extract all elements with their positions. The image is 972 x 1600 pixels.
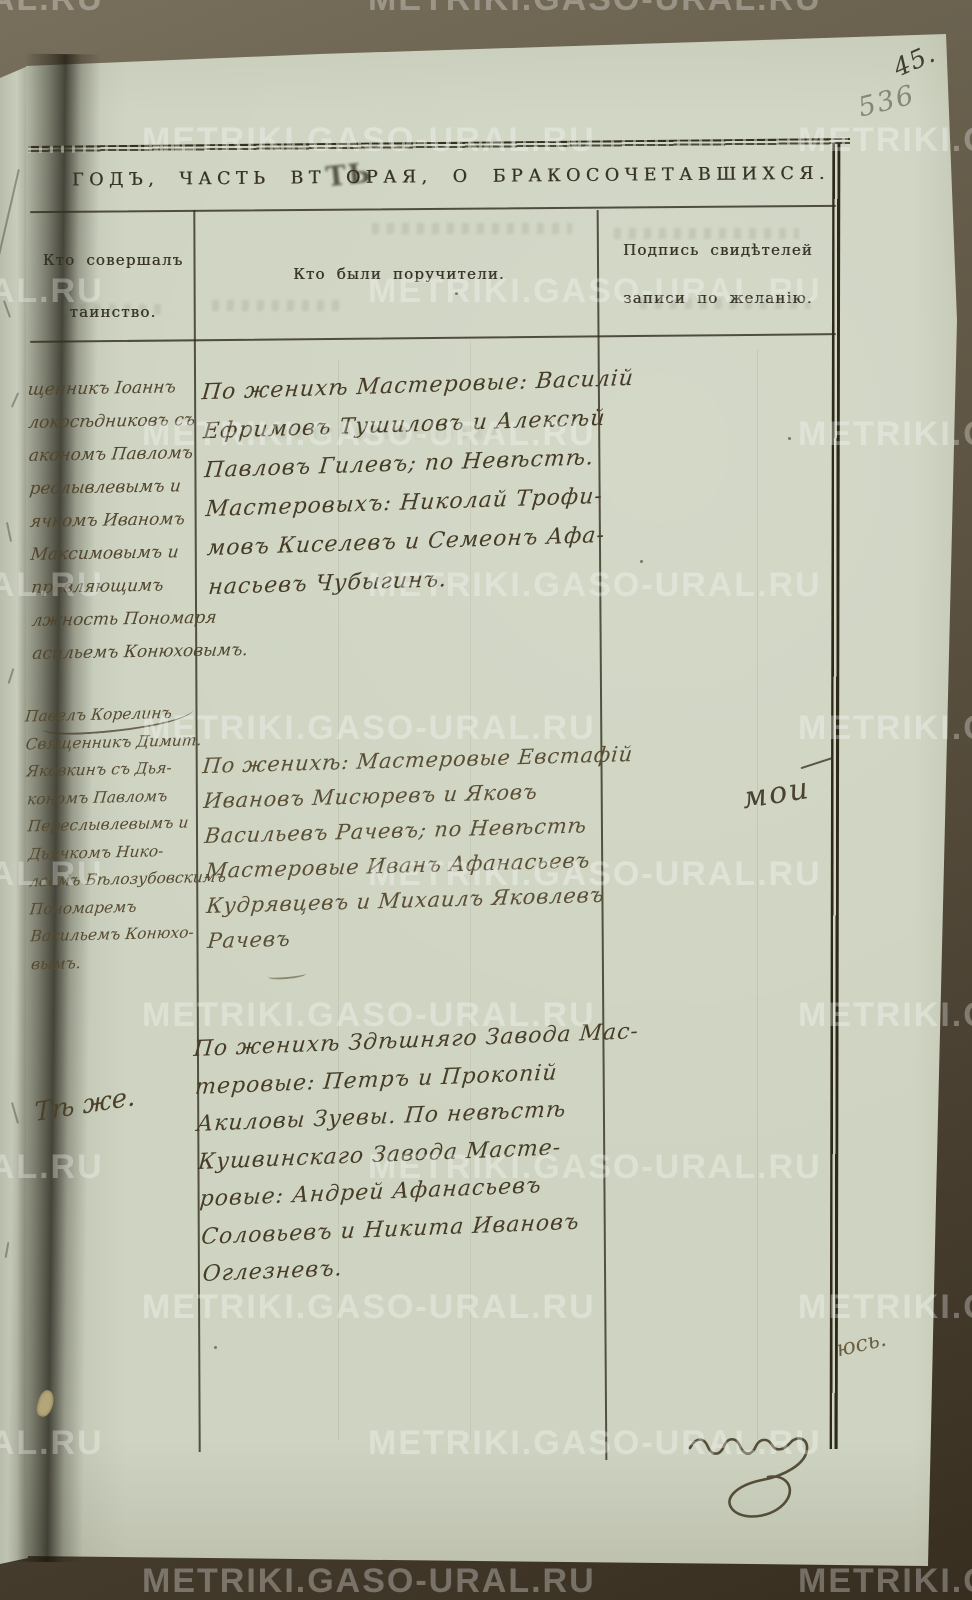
archive-watermark: METRIKI.GASO-URAL.RU [142, 709, 596, 748]
archive-watermark: METRIKI.GASO-URAL.RU [142, 121, 596, 160]
archive-watermark: METRIKI.GASO-URAL.RU [142, 1562, 596, 1600]
metrical-book-scan: ГОДЪ, ЧАСТЬ ВТ ОРАЯ, О БРАКОСОЧЕТАВШИХСЯ… [0, 0, 972, 1600]
archive-watermark: METRIKI.GASO-URAL.RU [368, 1424, 822, 1463]
archive-watermark: METRIKI.GASO-URAL.RU [368, 272, 822, 311]
archive-watermark: METRIKI.GASO-URAL.RU [368, 1148, 822, 1187]
archive-watermark: METRIKI.GASO-URAL.RU [0, 1148, 104, 1187]
archive-watermark: METRIKI.GASO-URAL.RU [798, 1562, 972, 1600]
archive-watermark: METRIKI.GASO-URAL.RU [368, 0, 822, 19]
title-overstrike-smudge: ТЬ [325, 158, 374, 194]
archive-watermark: METRIKI.GASO-URAL.RU [798, 996, 972, 1035]
archive-watermark: METRIKI.GASO-URAL.RU [0, 0, 104, 19]
bleed-through-ghost [372, 223, 572, 234]
bleed-through-ghost [212, 300, 342, 311]
archive-watermark: METRIKI.GASO-URAL.RU [0, 566, 104, 605]
archive-watermark: METRIKI.GASO-URAL.RU [798, 415, 972, 454]
archive-watermark: METRIKI.GASO-URAL.RU [0, 1424, 104, 1463]
archive-watermark: METRIKI.GASO-URAL.RU [142, 996, 596, 1035]
archive-watermark: METRIKI.GASO-URAL.RU [142, 1288, 596, 1327]
archive-watermark: METRIKI.GASO-URAL.RU [368, 855, 822, 894]
archive-watermark: METRIKI.GASO-URAL.RU [798, 1288, 972, 1327]
archive-watermark: METRIKI.GASO-URAL.RU [368, 566, 822, 605]
ink-speck [788, 437, 791, 440]
entry2-guarantors-text: По женихѣ: Мастеровые ЕвстафійИвановъ Ми… [202, 737, 638, 959]
ink-speck [214, 1346, 217, 1349]
archive-watermark: METRIKI.GASO-URAL.RU [142, 415, 596, 454]
archive-watermark: METRIKI.GASO-URAL.RU [798, 709, 972, 748]
archive-watermark: METRIKI.GASO-URAL.RU [0, 855, 104, 894]
paper-crease [757, 350, 758, 1440]
archive-watermark: METRIKI.GASO-URAL.RU [0, 272, 104, 311]
archive-watermark: METRIKI.GASO-URAL.RU [798, 121, 972, 160]
